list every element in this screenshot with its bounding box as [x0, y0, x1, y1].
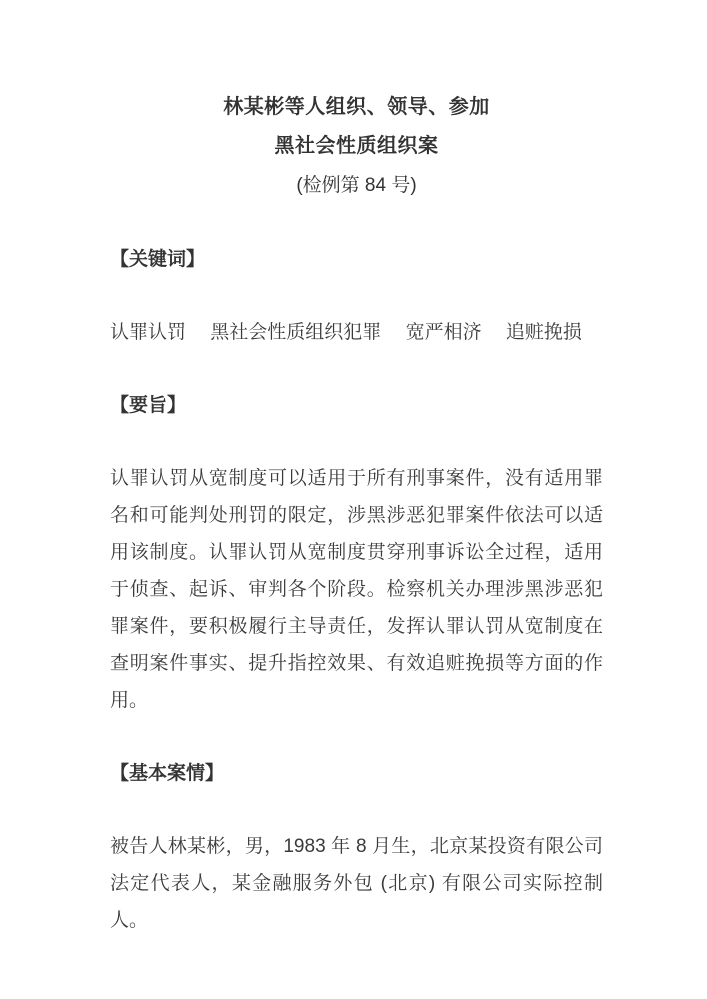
abstract-section-heading: 【要旨】 [110, 387, 603, 424]
keywords-list: 认罪认罚 黑社会性质组织犯罪 宽严相济 追赃挽损 [110, 314, 603, 351]
title-line-1: 林某彬等人组织、领导、参加 [110, 88, 603, 127]
keyword-item: 认罪认罚 [110, 322, 186, 343]
keyword-item: 黑社会性质组织犯罪 [210, 322, 381, 343]
document-page: 林某彬等人组织、领导、参加 黑社会性质组织案 (检例第 84 号) 【关键词】 … [0, 0, 707, 999]
keywords-section-heading: 【关键词】 [110, 241, 603, 278]
abstract-paragraph: 认罪认罚从宽制度可以适用于所有刑事案件，没有适用罪名和可能判处刑罚的限定，涉黑涉… [110, 460, 603, 719]
keyword-item: 追赃挽损 [506, 322, 582, 343]
facts-section-heading: 【基本案情】 [110, 755, 603, 792]
facts-paragraph: 被告人林某彬，男，1983 年 8 月生，北京某投资有限公司法定代表人，某金融服… [110, 828, 603, 939]
document-title: 林某彬等人组织、领导、参加 黑社会性质组织案 (检例第 84 号) [110, 88, 603, 205]
keyword-item: 宽严相济 [406, 322, 482, 343]
case-number: (检例第 84 号) [110, 166, 603, 205]
title-line-2: 黑社会性质组织案 [110, 127, 603, 166]
